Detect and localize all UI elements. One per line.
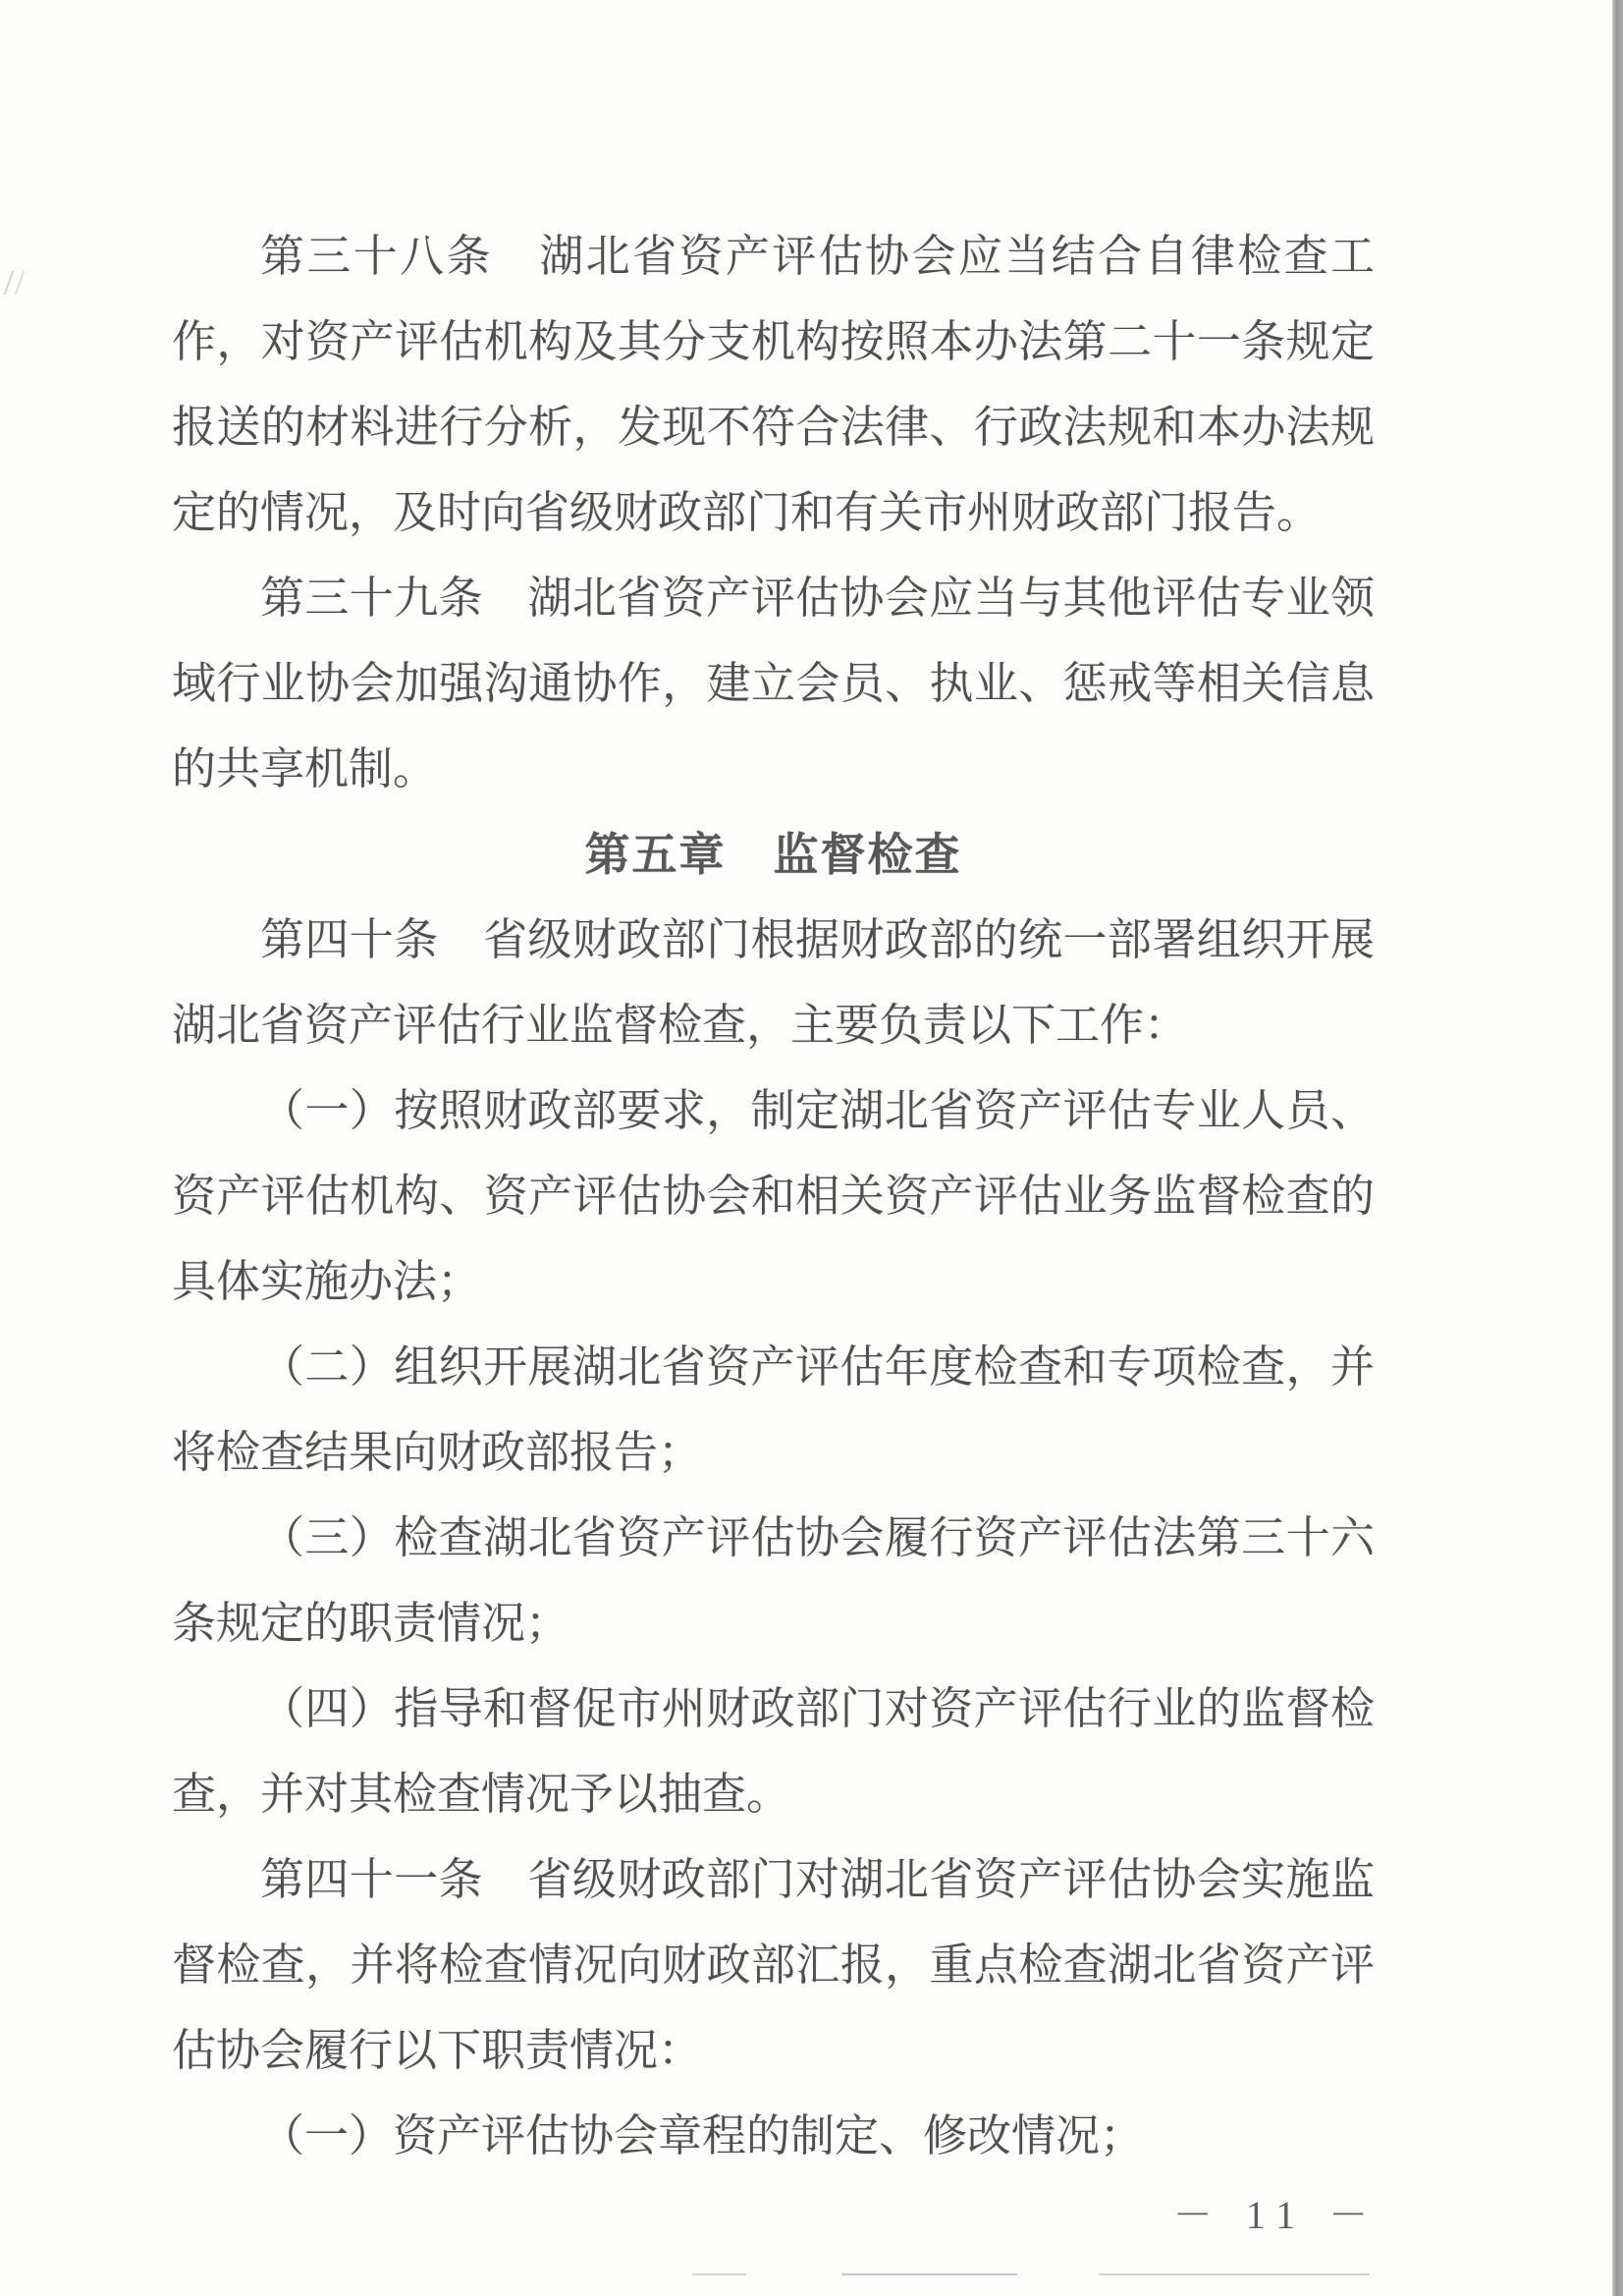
scan-speck bbox=[4, 271, 26, 295]
scan-edge-shadow bbox=[1612, 0, 1623, 2296]
text-line: 查，并对其检查情况予以抽查。 bbox=[172, 1752, 1375, 1837]
text-line: 作，对资产评估机构及其分支机构按照本办法第二十一条规定 bbox=[172, 300, 1375, 385]
text-line: 督检查，并将检查情况向财政部汇报，重点检查湖北省资产评 bbox=[172, 1923, 1375, 2008]
text-line: （一）按照财政部要求，制定湖北省资产评估专业人员、 bbox=[172, 1068, 1375, 1154]
text-line: 定的情况，及时向省级财政部门和有关市州财政部门报告。 bbox=[172, 470, 1375, 556]
text-line: （三）检查湖北省资产评估协会履行资产评估法第三十六 bbox=[172, 1496, 1375, 1581]
text-line: 域行业协会加强沟通协作，建立会员、执业、惩戒等相关信息 bbox=[172, 641, 1375, 727]
text-line: 第三十八条 湖北省资产评估协会应当结合自律检查工 bbox=[172, 214, 1375, 300]
text-line: 报送的材料进行分析，发现不符合法律、行政法规和本办法规 bbox=[172, 385, 1375, 470]
text-line: 第四十条 省级财政部门根据财政部的统一部署组织开展 bbox=[172, 898, 1375, 983]
text-line: 湖北省资产评估行业监督检查，主要负责以下工作： bbox=[172, 983, 1375, 1068]
text-line: 条规定的职责情况； bbox=[172, 1581, 1375, 1667]
scanned-document-page: 第三十八条 湖北省资产评估协会应当结合自律检查工 作，对资产评估机构及其分支机构… bbox=[0, 0, 1623, 2296]
text-line: 的共享机制。 bbox=[172, 727, 1375, 812]
text-line: 第三十九条 湖北省资产评估协会应当与其他评估专业领 bbox=[172, 556, 1375, 641]
scan-artifact-line bbox=[692, 2273, 1370, 2275]
text-line: 资产评估机构、资产评估协会和相关资产评估业务监督检查的 bbox=[172, 1154, 1375, 1239]
text-line: 第四十一条 省级财政部门对湖北省资产评估协会实施监 bbox=[172, 1837, 1375, 1923]
page-number: － 11 － bbox=[1163, 2192, 1389, 2239]
text-line: 估协会履行以下职责情况： bbox=[172, 2008, 1375, 2094]
chapter-heading: 第五章 监督检查 bbox=[172, 812, 1375, 898]
text-line: （二）组织开展湖北省资产评估年度检查和专项检查，并 bbox=[172, 1325, 1375, 1410]
text-line: （四）指导和督促市州财政部门对资产评估行业的监督检 bbox=[172, 1667, 1375, 1752]
text-line: 具体实施办法； bbox=[172, 1239, 1375, 1325]
document-body: 第三十八条 湖北省资产评估协会应当结合自律检查工 作，对资产评估机构及其分支机构… bbox=[172, 214, 1375, 2179]
text-line: （一）资产评估协会章程的制定、修改情况； bbox=[172, 2094, 1375, 2179]
text-line: 将检查结果向财政部报告； bbox=[172, 1410, 1375, 1496]
